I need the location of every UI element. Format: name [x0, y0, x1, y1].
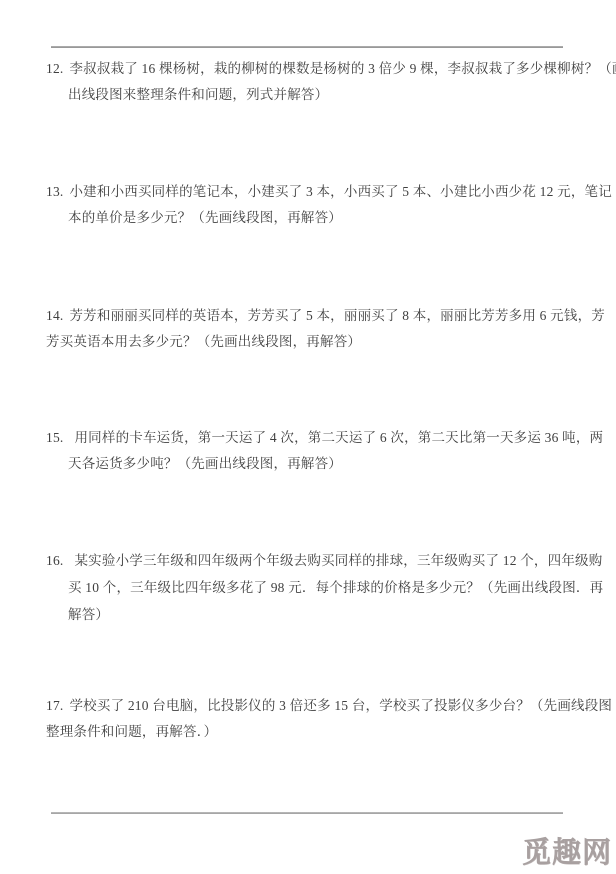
question-line: 17.学校买了 210 台电脑，比投影仪的 3 倍还多 15 台，学校买了投影仪…	[46, 693, 573, 719]
question-line: 13.小建和小西买同样的笔记本，小建买了 3 本，小西买了 5 本、小建比小西少…	[46, 179, 573, 205]
question-text: 李叔叔栽了 16 棵杨树，栽的柳树的棵数是杨树的 3 倍少 9 棵，李叔叔栽了多…	[69, 61, 616, 76]
question-text: 学校买了 210 台电脑，比投影仪的 3 倍还多 15 台，学校买了投影仪多少台…	[69, 698, 612, 713]
question-12: 12.李叔叔栽了 16 棵杨树，栽的柳树的棵数是杨树的 3 倍少 9 棵，李叔叔…	[46, 56, 573, 108]
question-15: 15.用同样的卡车运货，第一天运了 4 次，第二天运了 6 次，第二天比第一天多…	[46, 425, 573, 477]
question-line: 买 10 个，三年级比四年级多花了 98 元．每个排球的价格是多少元？（先画出线…	[46, 574, 573, 601]
question-number: 17.	[46, 698, 63, 713]
question-16: 16.某实验小学三年级和四年级两个年级去购买同样的排球，三年级购买了 12 个，…	[46, 547, 573, 628]
top-divider-line	[51, 46, 563, 48]
question-number: 13.	[46, 184, 63, 199]
question-line: 芳买英语本用去多少元？（先画出线段图，再解答）	[46, 329, 573, 355]
question-line: 14.芳芳和丽丽买同样的英语本，芳芳买了 5 本，丽丽买了 8 本，丽丽比芳芳多…	[46, 303, 573, 329]
question-number: 12.	[46, 61, 63, 76]
question-text: 某实验小学三年级和四年级两个年级去购买同样的排球，三年级购买了 12 个，四年级…	[74, 553, 602, 568]
watermark-logo: 觅趣网	[522, 830, 612, 871]
question-text: 芳芳和丽丽买同样的英语本，芳芳买了 5 本，丽丽买了 8 本，丽丽比芳芳多用 6…	[69, 308, 605, 323]
question-17: 17.学校买了 210 台电脑，比投影仪的 3 倍还多 15 台，学校买了投影仪…	[46, 693, 573, 745]
question-line: 整理条件和问题，再解答．）	[46, 719, 573, 745]
bottom-divider-line	[51, 812, 563, 814]
question-line: 16.某实验小学三年级和四年级两个年级去购买同样的排球，三年级购买了 12 个，…	[46, 547, 573, 574]
question-14: 14.芳芳和丽丽买同样的英语本，芳芳买了 5 本，丽丽买了 8 本，丽丽比芳芳多…	[46, 303, 573, 355]
question-13: 13.小建和小西买同样的笔记本，小建买了 3 本，小西买了 5 本、小建比小西少…	[46, 179, 573, 231]
question-number: 15.	[46, 430, 63, 445]
question-line: 15.用同样的卡车运货，第一天运了 4 次，第二天运了 6 次，第二天比第一天多…	[46, 425, 573, 451]
question-line: 天各运货多少吨？（先画出线段图，再解答）	[46, 451, 573, 477]
question-number: 16.	[46, 553, 63, 568]
question-line: 出线段图来整理条件和问题，列式并解答）	[46, 82, 573, 108]
question-text: 用同样的卡车运货，第一天运了 4 次，第二天运了 6 次，第二天比第一天多运 3…	[74, 430, 603, 445]
question-text: 小建和小西买同样的笔记本，小建买了 3 本，小西买了 5 本、小建比小西少花 1…	[69, 184, 611, 199]
question-line: 本的单价是多少元？（先画线段图，再解答）	[46, 205, 573, 231]
question-number: 14.	[46, 308, 63, 323]
worksheet-page: 12.李叔叔栽了 16 棵杨树，栽的柳树的棵数是杨树的 3 倍少 9 棵，李叔叔…	[0, 0, 616, 874]
question-line: 解答）	[46, 601, 573, 628]
question-line: 12.李叔叔栽了 16 棵杨树，栽的柳树的棵数是杨树的 3 倍少 9 棵，李叔叔…	[46, 56, 573, 82]
